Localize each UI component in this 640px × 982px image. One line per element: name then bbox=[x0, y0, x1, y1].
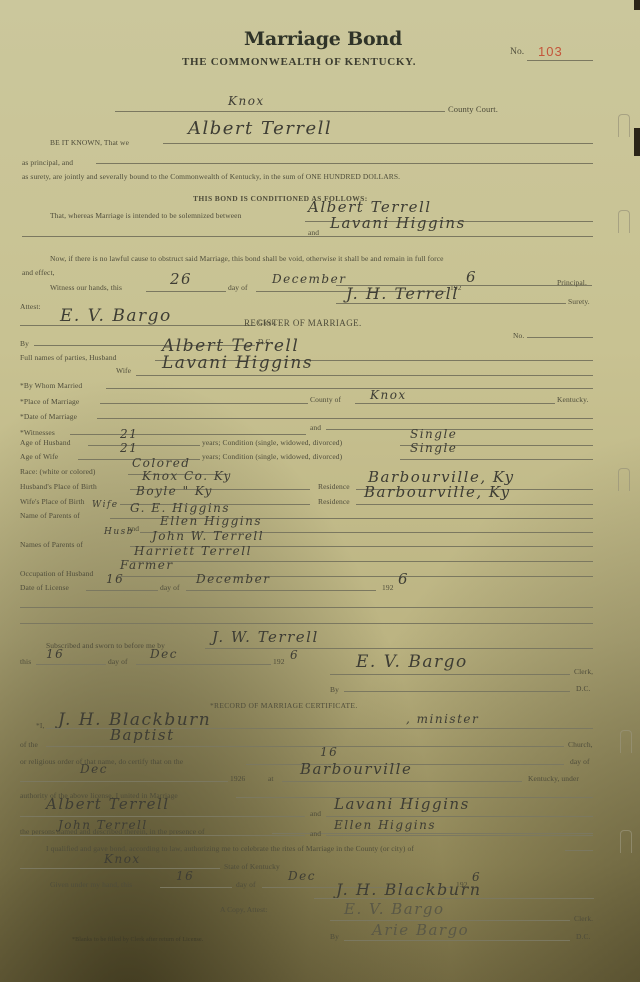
cert-place: Barbourville bbox=[300, 760, 412, 778]
binder-tab-mark bbox=[620, 830, 632, 853]
witness-label: Witness our hands, this bbox=[50, 283, 122, 292]
parents-husband-correction: Husb bbox=[104, 527, 134, 537]
wife-residence-label: Residence bbox=[318, 497, 350, 506]
sworn-month: Dec bbox=[150, 647, 178, 661]
race-label: Race: (white or colored) bbox=[20, 467, 96, 476]
rule bbox=[46, 746, 564, 747]
binder-tab-mark bbox=[618, 210, 630, 233]
rule bbox=[356, 504, 593, 505]
rule bbox=[355, 403, 555, 404]
effect-text: and effect, bbox=[22, 268, 55, 277]
kentucky-label: Kentucky. bbox=[557, 395, 588, 404]
rule bbox=[20, 607, 593, 608]
cert-day-of: day of bbox=[570, 757, 590, 766]
license-day-of: day of bbox=[160, 583, 180, 592]
date-of-marriage-label: *Date of Marriage bbox=[20, 412, 77, 421]
binder-tab-mark bbox=[618, 468, 630, 491]
husband-residence-label: Residence bbox=[318, 482, 350, 491]
wife-birth: Boyle " Ky bbox=[136, 484, 213, 498]
husband-birth-label: Husband's Place of Birth bbox=[20, 482, 97, 491]
rule bbox=[20, 623, 593, 624]
given-day-of: day of bbox=[236, 880, 256, 889]
copy-attest-signature: E. V. Bargo bbox=[344, 900, 445, 918]
of-the-label: of the bbox=[20, 740, 38, 749]
witnesses-and-label: and bbox=[310, 423, 321, 432]
parents-husband-label: Names of Parents of bbox=[20, 540, 83, 549]
surety-signature: J. H. Terrell bbox=[346, 284, 459, 303]
sworn-day-of: day of bbox=[108, 657, 128, 666]
cert-at-label: at bbox=[268, 774, 274, 783]
copy-dc-label: D.C. bbox=[576, 932, 591, 941]
surety-text: as surety, are jointly and severally bou… bbox=[22, 172, 400, 181]
cert-witness2: Ellen Higgins bbox=[334, 818, 436, 832]
officiant-title: , minister bbox=[406, 712, 479, 726]
sworn-this-label: this bbox=[20, 657, 31, 666]
dc-signature: Arie Bargo bbox=[372, 921, 469, 939]
register-heading: REGISTER OF MARRIAGE. bbox=[244, 318, 362, 328]
rule bbox=[70, 434, 306, 435]
document-title: Marriage Bond bbox=[244, 28, 402, 50]
condition-label: years; Condition (single, widowed, divor… bbox=[202, 438, 342, 447]
principal-name: Albert Terrell bbox=[188, 118, 332, 139]
rule bbox=[20, 835, 305, 836]
rule bbox=[146, 291, 226, 292]
attest-label: Attest: bbox=[20, 302, 41, 311]
age-wife-label: Age of Wife bbox=[20, 452, 58, 461]
rule bbox=[106, 388, 593, 389]
rule bbox=[282, 781, 522, 782]
parents-wife-label: Name of Parents of bbox=[20, 511, 80, 520]
cert-witness-and: and bbox=[310, 829, 321, 838]
register-no-label: No. bbox=[513, 331, 524, 340]
marriage-bond-document: Marriage Bond THE COMMONWEALTH OF KENTUC… bbox=[0, 0, 640, 982]
parents-wife-2: Ellen Higgins bbox=[160, 514, 262, 528]
whereas-text: That, whereas Marriage is intended to be… bbox=[50, 211, 241, 220]
cert-and-label: and bbox=[310, 809, 321, 818]
by-label: By bbox=[20, 339, 29, 348]
kentucky-under-label: Kentucky, under bbox=[528, 774, 579, 783]
rule bbox=[205, 648, 593, 649]
void-text: Now, if there is no lawful cause to obst… bbox=[50, 254, 444, 263]
cert-county: Knox bbox=[104, 852, 141, 866]
license-month: December bbox=[196, 572, 270, 586]
rule bbox=[97, 418, 593, 419]
copy-attest-label: A Copy, Attest: bbox=[220, 905, 267, 914]
church-name: Baptist bbox=[110, 726, 175, 744]
binder-tab-mark bbox=[618, 114, 630, 137]
state-label: State of Kentucky bbox=[224, 862, 280, 871]
copy-clerk-label: Clerk. bbox=[574, 914, 593, 923]
witnesses-label: *Witnesses bbox=[20, 428, 55, 437]
page-edge bbox=[634, 128, 640, 156]
age-husband: 21 bbox=[120, 427, 138, 441]
condition-label-wife: years; Condition (single, widowed, divor… bbox=[202, 452, 342, 461]
rule bbox=[136, 375, 593, 376]
condition-wife: Single bbox=[410, 441, 457, 455]
sworn-clerk-label: Clerk, bbox=[574, 667, 593, 676]
wife-name: Lavani Higgins bbox=[162, 353, 313, 373]
wife-birth-label: Wife's Place of Birth bbox=[20, 497, 85, 506]
subscriber-signature: J. W. Terrell bbox=[212, 628, 319, 646]
be-it-known-label: BE IT KNOWN, That we bbox=[50, 138, 129, 147]
age-husband-label: Age of Husband bbox=[20, 438, 71, 447]
parents-husband-1: John W. Terrell bbox=[152, 529, 264, 543]
rule bbox=[163, 143, 593, 144]
witness-day: 26 bbox=[170, 270, 192, 288]
church-label: Church, bbox=[568, 740, 593, 749]
given-month: Dec bbox=[288, 869, 316, 883]
cert-day: 16 bbox=[320, 745, 338, 759]
witness-year: 6 bbox=[466, 268, 477, 286]
parents-wife-correction: Wife bbox=[92, 500, 119, 510]
rule bbox=[565, 850, 593, 851]
county-court-label: County Court. bbox=[448, 104, 498, 114]
sworn-year-prefix: 192 bbox=[273, 657, 285, 666]
given-day: 16 bbox=[176, 869, 194, 883]
register-county: Knox bbox=[370, 388, 407, 402]
as-principal-label: as principal, and bbox=[22, 158, 73, 167]
rule bbox=[160, 887, 232, 888]
rule bbox=[86, 590, 158, 591]
number-label: No. bbox=[510, 47, 524, 57]
witness-month: December bbox=[272, 272, 346, 286]
wife-label: Wife bbox=[116, 366, 131, 375]
occupation: Farmer bbox=[120, 558, 174, 572]
rule bbox=[20, 325, 255, 326]
sworn-dc-label: D.C. bbox=[576, 684, 591, 693]
rule bbox=[326, 429, 593, 430]
age-wife: 21 bbox=[120, 441, 138, 455]
cert-i-label: *I, bbox=[36, 721, 44, 730]
page-edge bbox=[634, 0, 640, 10]
principal-label: Principal. bbox=[557, 278, 587, 287]
given-label: Given under my hand, this bbox=[50, 880, 132, 889]
sworn-year: 6 bbox=[290, 648, 299, 662]
rule bbox=[100, 403, 308, 404]
husband-birth: Knox Co. Ky bbox=[142, 469, 232, 483]
parents-wife-1: G. E. Higgins bbox=[130, 501, 230, 515]
license-year: 6 bbox=[398, 570, 409, 588]
rule bbox=[36, 664, 106, 665]
document-subtitle: THE COMMONWEALTH OF KENTUCKY. bbox=[182, 56, 416, 68]
bond-party2: Lavani Higgins bbox=[330, 214, 466, 232]
cert-party1: Albert Terrell bbox=[46, 795, 170, 813]
condition-husband: Single bbox=[410, 427, 457, 441]
surety-label: Surety. bbox=[568, 297, 590, 306]
license-year-prefix: 192 bbox=[382, 583, 394, 592]
rule bbox=[330, 674, 570, 675]
race-value: Colored bbox=[132, 456, 191, 470]
rule bbox=[96, 163, 593, 164]
rule bbox=[400, 459, 593, 460]
cert-party2: Lavani Higgins bbox=[334, 795, 470, 813]
rule bbox=[314, 898, 594, 899]
full-names-label: Full names of parties, Husband bbox=[20, 353, 117, 362]
officiant-signature: J. H. Blackburn bbox=[336, 880, 482, 899]
rule bbox=[136, 664, 271, 665]
rule bbox=[115, 111, 445, 112]
occupation-label: Occupation of Husband bbox=[20, 569, 93, 578]
license-date-label: Date of License bbox=[20, 583, 69, 592]
parents-husband-2: Harriett Terrell bbox=[134, 544, 252, 558]
day-of-label: day of bbox=[228, 283, 248, 292]
rule bbox=[336, 303, 566, 304]
rule bbox=[118, 576, 593, 577]
cert-witness1: John Terrell bbox=[58, 818, 148, 832]
place-label: *Place of Marriage bbox=[20, 397, 79, 406]
by-whom-label: *By Whom Married bbox=[20, 381, 82, 390]
copy-by-label: By bbox=[330, 932, 339, 941]
qualified-text: I qualified and gave bond, according to … bbox=[46, 844, 414, 853]
rule bbox=[344, 691, 570, 692]
binder-tab-mark bbox=[620, 730, 632, 753]
rule bbox=[326, 835, 593, 836]
wife-residence: Barbourville, Ky bbox=[364, 483, 511, 501]
county-of-label: County of bbox=[310, 395, 341, 404]
rule bbox=[344, 940, 570, 941]
cert-year: 1926 bbox=[230, 774, 245, 783]
rule bbox=[22, 236, 593, 237]
sworn-by-label: By bbox=[330, 685, 339, 694]
rule bbox=[527, 337, 593, 338]
bond-county: Knox bbox=[228, 94, 265, 108]
rule bbox=[20, 816, 305, 817]
cert-month: Dec bbox=[80, 762, 108, 776]
certificate-heading: *RECORD OF MARRIAGE CERTIFICATE. bbox=[210, 701, 358, 710]
sworn-day: 16 bbox=[46, 647, 64, 661]
footnote: *Blanks to be filled by Clerk after retu… bbox=[72, 937, 203, 943]
attest-signature: E. V. Bargo bbox=[60, 306, 172, 326]
rule bbox=[88, 445, 200, 446]
rule bbox=[527, 60, 593, 61]
rule bbox=[326, 816, 593, 817]
rule bbox=[20, 781, 228, 782]
sworn-clerk-signature: E. V. Bargo bbox=[356, 652, 468, 672]
rule bbox=[130, 561, 593, 562]
bond-number: 103 bbox=[538, 44, 563, 59]
license-day: 16 bbox=[106, 572, 124, 586]
rule bbox=[186, 590, 376, 591]
